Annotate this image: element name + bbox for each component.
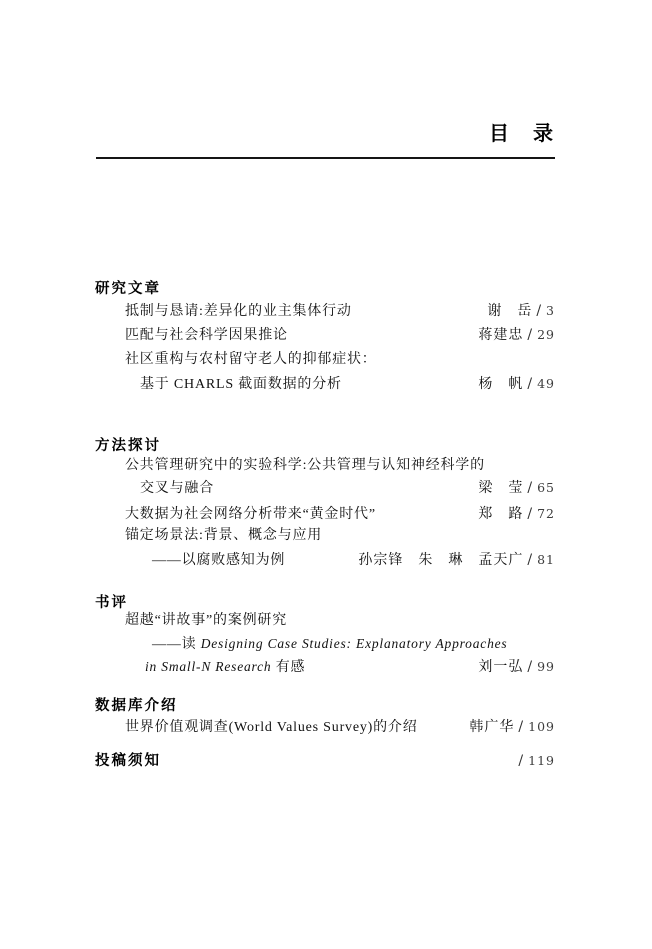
entry-byline: 梁 莹/65 (478, 478, 555, 499)
entry-byline: 郑 路/72 (478, 504, 555, 525)
page-number: 65 (537, 480, 555, 495)
entry-byline: /119 (514, 751, 555, 772)
page-number: 109 (528, 719, 555, 734)
page-separator: / (523, 506, 537, 522)
entry-title: 公共管理研究中的实验科学:公共管理与认知神经科学的 (125, 456, 485, 476)
page-separator: / (532, 303, 546, 319)
author-name: 郑 路 (478, 507, 523, 522)
author-name: 刘一弘 (478, 660, 523, 675)
entry-text-prefix: ——读 (152, 637, 201, 652)
entry-byline: 蒋建忠/29 (478, 325, 555, 346)
entry-title-continuation: 交叉与融合 (140, 479, 214, 499)
entry-text-suffix: 有感 (271, 660, 305, 675)
entry-title: 社区重构与农村留守老人的抑郁症状： (125, 350, 377, 370)
author-name: 杨 帆 (478, 377, 523, 392)
entry-book-title-italic: Designing Case Studies: Explanatory Appr… (201, 636, 508, 651)
toc-entry: 基于 CHARLS 截面数据的分析 杨 帆/49 (140, 374, 555, 395)
section-heading-methods: 方法探讨 (95, 434, 161, 455)
toc-entry: 抵制与恳请:差异化的业主集体行动 谢 岳/3 (125, 301, 555, 322)
divider-rule (96, 157, 555, 159)
author-name: 谢 岳 (487, 304, 532, 319)
section-heading-research-articles: 研究文章 (95, 277, 161, 298)
toc-entry: 投稿须知 /119 (95, 751, 555, 772)
entry-title: 世界价值观调查(World Values Survey)的介绍 (125, 718, 418, 738)
entry-title: 锚定场景法:背景、概念与应用 (125, 526, 322, 546)
page-number: 29 (537, 327, 555, 342)
page-separator: / (523, 480, 537, 496)
toc-entry: in Small-N Research 有感 刘一弘/99 (145, 657, 555, 678)
page-number: 72 (537, 506, 555, 521)
author-name: 梁 莹 (478, 481, 523, 496)
entry-byline: 杨 帆/49 (478, 374, 555, 395)
toc-entry: 交叉与融合 梁 莹/65 (140, 478, 555, 499)
entry-byline: 谢 岳/3 (487, 301, 555, 322)
page-separator: / (514, 753, 528, 769)
entry-title: 匹配与社会科学因果推论 (125, 326, 288, 346)
page-number: 49 (537, 376, 555, 391)
page-number: 81 (537, 552, 555, 567)
toc-entry: ——读 Designing Case Studies: Explanatory … (152, 634, 555, 655)
toc-entry: ——以腐败感知为例 孙宗锋 朱 琳 孟天广/81 (152, 550, 555, 571)
entry-title: 大数据为社会网络分析带来“黄金时代” (125, 505, 376, 525)
toc-entry: 世界价值观调查(World Values Survey)的介绍 韩广华/109 (125, 717, 555, 738)
toc-entry: 锚定场景法:背景、概念与应用 (125, 526, 555, 546)
entry-title: 抵制与恳请:差异化的业主集体行动 (125, 302, 352, 322)
page-number: 99 (537, 659, 555, 674)
section-heading-submission-notes: 投稿须知 (95, 751, 161, 771)
toc-entry: 公共管理研究中的实验科学:公共管理与认知神经科学的 (125, 456, 555, 476)
author-name: 孙宗锋 朱 琳 孟天广 (358, 553, 523, 568)
author-name: 韩广华 (469, 720, 514, 735)
entry-title: 超越“讲故事”的案例研究 (125, 611, 287, 631)
entry-title-continuation: in Small-N Research 有感 (145, 657, 305, 678)
section-heading-database-intro: 数据库介绍 (95, 694, 178, 715)
page-separator: / (523, 376, 537, 392)
entry-title-continuation: ——读 Designing Case Studies: Explanatory … (152, 634, 507, 655)
entry-title-continuation: ——以腐败感知为例 (152, 551, 285, 571)
toc-entry: 超越“讲故事”的案例研究 (125, 611, 555, 631)
page-separator: / (523, 327, 537, 343)
author-name: 蒋建忠 (478, 328, 523, 343)
toc-entry: 大数据为社会网络分析带来“黄金时代” 郑 路/72 (125, 504, 555, 525)
toc-entry: 匹配与社会科学因果推论 蒋建忠/29 (125, 325, 555, 346)
page-title: 目 录 (255, 117, 555, 146)
section-heading-book-review: 书评 (95, 591, 128, 612)
page-number: 119 (528, 753, 555, 768)
entry-byline: 韩广华/109 (469, 717, 555, 738)
entry-title-continuation: 基于 CHARLS 截面数据的分析 (140, 375, 342, 395)
page-separator: / (514, 719, 528, 735)
page-separator: / (523, 552, 537, 568)
page-separator: / (523, 659, 537, 675)
entry-book-title-italic: in Small-N Research (145, 659, 271, 674)
entry-byline: 孙宗锋 朱 琳 孟天广/81 (358, 550, 555, 571)
page-number: 3 (546, 303, 555, 318)
entry-byline: 刘一弘/99 (478, 657, 555, 678)
toc-entry: 社区重构与农村留守老人的抑郁症状： (125, 350, 555, 370)
